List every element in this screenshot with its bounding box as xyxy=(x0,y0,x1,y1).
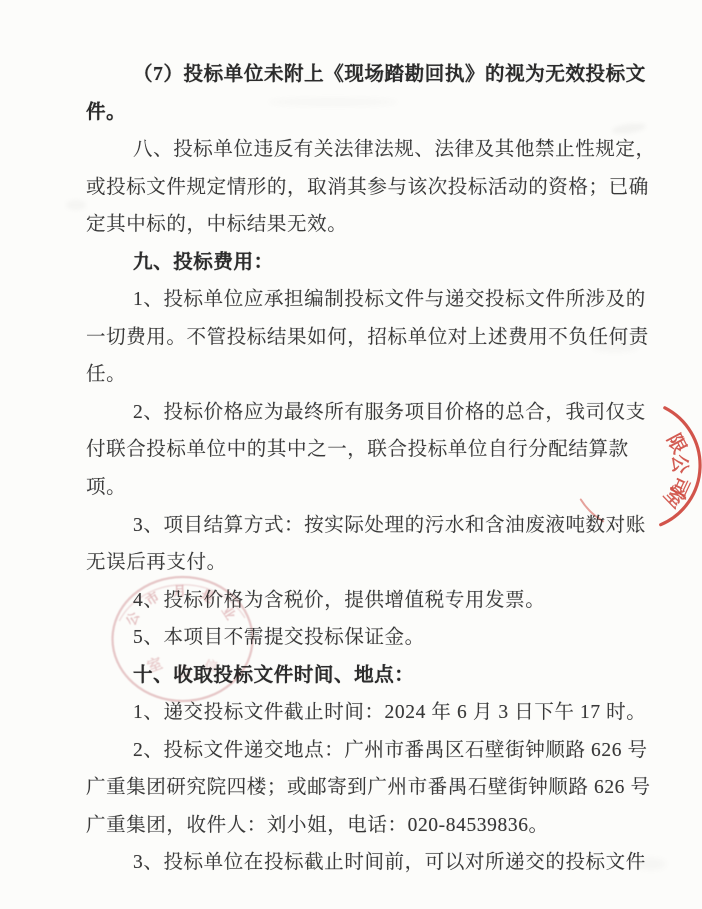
document-line: 付联合投标单位中的其中之一，联合投标单位自行分配结算款 xyxy=(86,431,658,469)
document-line: 一切费用。不管投标结果如何，招标单位对上述费用不负任何责 xyxy=(86,319,658,357)
document-line: 项。 xyxy=(86,469,658,507)
document-line: 1、投标单位应承担编制投标文件与递交投标文件所涉及的 xyxy=(86,281,658,319)
document-line: 3、项目结算方式：按实际处理的污水和含油废液吨数对账 xyxy=(86,507,658,545)
seal-char: 限 xyxy=(662,430,690,457)
document-line: 定其中标的，中标结果无效。 xyxy=(86,206,658,244)
document-line: 或投标文件规定情形的，取消其参与该次投标活动的资格；已确 xyxy=(86,169,658,207)
document-line: （7）投标单位未附上《现场踏勘回执》的视为无效投标文 xyxy=(86,56,658,94)
document-line: 无误后再支付。 xyxy=(86,544,658,582)
document-line: 九、投标费用： xyxy=(86,244,658,282)
document-line: 1、递交投标文件截止时间：2024 年 6 月 3 日下午 17 时。 xyxy=(86,694,658,732)
seal-char: 公 xyxy=(668,454,691,475)
document-line: 2、投标文件递交地点：广州市番禺区石壁街钟顺路 626 号 xyxy=(86,732,658,770)
document-line: 任。 xyxy=(86,356,658,394)
document-line: 十、收取投标文件时间、地点： xyxy=(86,657,658,695)
document-line: 八、投标单位违反有关法律法规、法律及其他禁止性规定， xyxy=(86,131,658,169)
seal-arc xyxy=(661,408,700,525)
scan-artifact xyxy=(66,200,86,210)
document-line: 4、投标价格为含税价，提供增值税专用发票。 xyxy=(86,582,658,620)
document-line: 5、本项目不需提交投标保证金。 xyxy=(86,619,658,657)
document-line: 件。 xyxy=(86,94,658,132)
document-line: 2、投标价格应为最终所有服务项目价格的总合，我司仅支 xyxy=(86,394,658,432)
document-body: （7）投标单位未附上《现场踏勘回执》的视为无效投标文件。八、投标单位违反有关法律… xyxy=(86,56,658,882)
scanned-page: （7）投标单位未附上《现场踏勘回执》的视为无效投标文件。八、投标单位违反有关法律… xyxy=(0,0,702,909)
seal-char: 室 xyxy=(659,482,690,513)
document-line: 广重集团研究院四楼；或邮寄到广州市番禺石壁街钟顺路 626 号 xyxy=(86,769,658,807)
document-line: 3、投标单位在投标截止时间前，可以对所递交的投标文件 xyxy=(86,844,658,882)
seal-char: 司 xyxy=(665,473,693,500)
document-line: 广重集团，收件人：刘小姐，电话：020-84539836。 xyxy=(86,807,658,845)
